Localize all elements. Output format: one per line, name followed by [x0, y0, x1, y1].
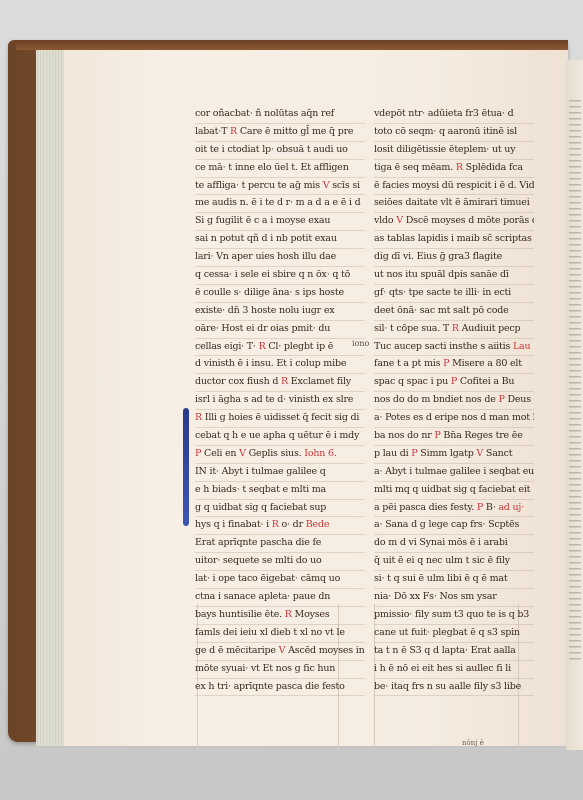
text-line: ut nos itu spuāl dpis sanāe dī — [374, 267, 534, 285]
text-line: a· Potes es d eripe nos d man mot li — [374, 410, 534, 428]
text-line: ē facies moysi dū respicit i ē d. Viden — [374, 178, 534, 196]
text-line: tiga ē seq mēam. R Splēdida fca — [374, 160, 534, 178]
text-line: bays huntisilie ēte. R Moyses — [195, 607, 365, 625]
text-line: a· Sana d g lege cap frs· Scptēs — [374, 517, 534, 535]
text-line: cellas eigi· T· R Cl· plegbt ip ē — [195, 339, 365, 357]
text-line: oit te i ctodiat lp· obsuā t audi uo — [195, 142, 365, 160]
text-line: nia· Dō xx Fs· Nos sm ysar — [374, 589, 534, 607]
text-line: mlti mq q uidbat sig q faciebat eit — [374, 482, 534, 500]
facing-page-script — [569, 100, 581, 660]
text-line: ex h tri· aprīqnte pasca die festo — [195, 679, 365, 697]
bottom-margin-mark: nōnj ē — [462, 739, 484, 747]
text-line: sai n potut qñ d i nb potit exau — [195, 231, 365, 249]
text-line: losit diligētissie ēteplem· ut uy — [374, 142, 534, 160]
text-line: isrl i āgha s ad te d· vinisth ex slre — [195, 392, 365, 410]
text-line: ē coulle s· dilige āna· s ips hoste — [195, 285, 365, 303]
text-line: ce mā· t inne elo ūel t. Et affligen — [195, 160, 365, 178]
text-line: IN it· Abyt i tulmae galilee q — [195, 464, 365, 482]
text-line: pmissio· fily sum t3 quo te is q b3 — [374, 607, 534, 625]
text-line: Tuc aucep sacti insthe s aiitis Lau — [374, 339, 534, 357]
text-column-left: cor oñacbat· ñ nolūtas aq̄n reflabat·T R… — [195, 106, 365, 696]
text-line: g q uidbat sig q faciebat sup — [195, 500, 365, 518]
text-line: be· itaq frs n su aalle fily s3 libe — [374, 679, 534, 697]
text-line: uitor· sequete se mlti do uo — [195, 553, 365, 571]
text-line: ctna i sanace apleta· paue dn — [195, 589, 365, 607]
margin-note: iono — [352, 339, 369, 348]
text-line: existe· dn̄ 3 hoste nolu iugr ex — [195, 303, 365, 321]
text-line: as tablas lapidis i maib sc̄ scriptas nī… — [374, 231, 534, 249]
text-line: ba nos do nr P Bn̄a Reges tre ēe — [374, 428, 534, 446]
text-line: te affliga· t percu te ag̃ mis V scīs si — [195, 178, 365, 196]
text-line: cane ut fuit· plegbat ē q s3 spin — [374, 625, 534, 643]
text-line: seiōes daitate vlt ē āmirari timuei — [374, 195, 534, 213]
text-line: mōte syuai· vt Et nos g fic hun — [195, 661, 365, 679]
text-line: ge d ē mēcitaripe V Ascēd moyses in — [195, 643, 365, 661]
text-line: vldo V Dscē moyses d mōte porās du — [374, 213, 534, 231]
text-line: oāre· Host ei dr oias pmit· du — [195, 321, 365, 339]
blue-initial-flourish — [183, 408, 189, 526]
text-line: gf· qts· tpe sacte te illi· in ecti — [374, 285, 534, 303]
text-line: cor oñacbat· ñ nolūtas aq̄n ref — [195, 106, 365, 124]
text-line: hys q i finabat· i R o· dr Bede — [195, 517, 365, 535]
text-line: Erat aprīqnte pascha die fe — [195, 535, 365, 553]
text-line: lat· i ope taco ēigebat· cāmq uo — [195, 571, 365, 589]
text-line: si· t q sui ē ulm libi ē q ē mat — [374, 571, 534, 589]
text-line: nos do do m bndiet nos de P Deus — [374, 392, 534, 410]
text-line: vdepōt ntr· adūieta fr3 ētua· d — [374, 106, 534, 124]
text-line: p lau di P Simm lgatp V Sanct — [374, 446, 534, 464]
text-line: lari· Vn aper uies hosh illu dae — [195, 249, 365, 267]
text-line: i h ē nō ei eit hes si aullec fi li — [374, 661, 534, 679]
text-line: a pēi pasca dies festy. P B· ad uj· — [374, 500, 534, 518]
text-line: me audis n. ē i te d r· m a d a e ē i d — [195, 195, 365, 213]
page-block-edge — [36, 50, 67, 746]
text-line: deet ōnā· sac mt salt pō code — [374, 303, 534, 321]
text-line: famls dei ieiu xl dieb t xl no vt le — [195, 625, 365, 643]
text-line: q cessa· i sele ei sbire q n ōx· q tō — [195, 267, 365, 285]
binding-top-edge — [16, 40, 568, 50]
text-line: P Celi en V Geplis sius. Iohn 6. — [195, 446, 365, 464]
text-line: a· Abyt i tulmae galilee i seqbat eu — [374, 464, 534, 482]
text-line: dig dī vi. Eius g̃ gra3 flagite — [374, 249, 534, 267]
text-line: ductor cox fiush d R Exclamet fily — [195, 374, 365, 392]
text-line: d vinisth ē i insu. Et i colup mibe — [195, 356, 365, 374]
text-line: Si g fugilit ē c a i moyse exau — [195, 213, 365, 231]
text-line: q̄ uit ē ei q nec ulm t sic ē fily — [374, 553, 534, 571]
text-line: cebat q h e ue apha q uētur ē i mdy — [195, 428, 365, 446]
text-line: e h biads· t seqbat e mlti ma — [195, 482, 365, 500]
text-line: toto cō seqm· q aaronū itinē isl — [374, 124, 534, 142]
text-column-right: vdepōt ntr· adūieta fr3 ētua· dtoto cō s… — [374, 106, 534, 696]
text-line: ta t n ē S3 q d lapta· Erat aalla — [374, 643, 534, 661]
text-line: R Illi g hoies ē uidisset q̄ fecit sig d… — [195, 410, 365, 428]
facing-page-edge — [566, 60, 583, 750]
text-line: sil· t cōpe sua. T R Audiuit pecp — [374, 321, 534, 339]
text-line: spac q spac i pu P Cofitei a Bu — [374, 374, 534, 392]
text-line: labat·T R Care ē mitto gl̄ me q̄ pre — [195, 124, 365, 142]
text-line: fane t a pt mis P Misere a 80 elt — [374, 356, 534, 374]
text-line: do m d vi Synai mōs ē i arabi — [374, 535, 534, 553]
